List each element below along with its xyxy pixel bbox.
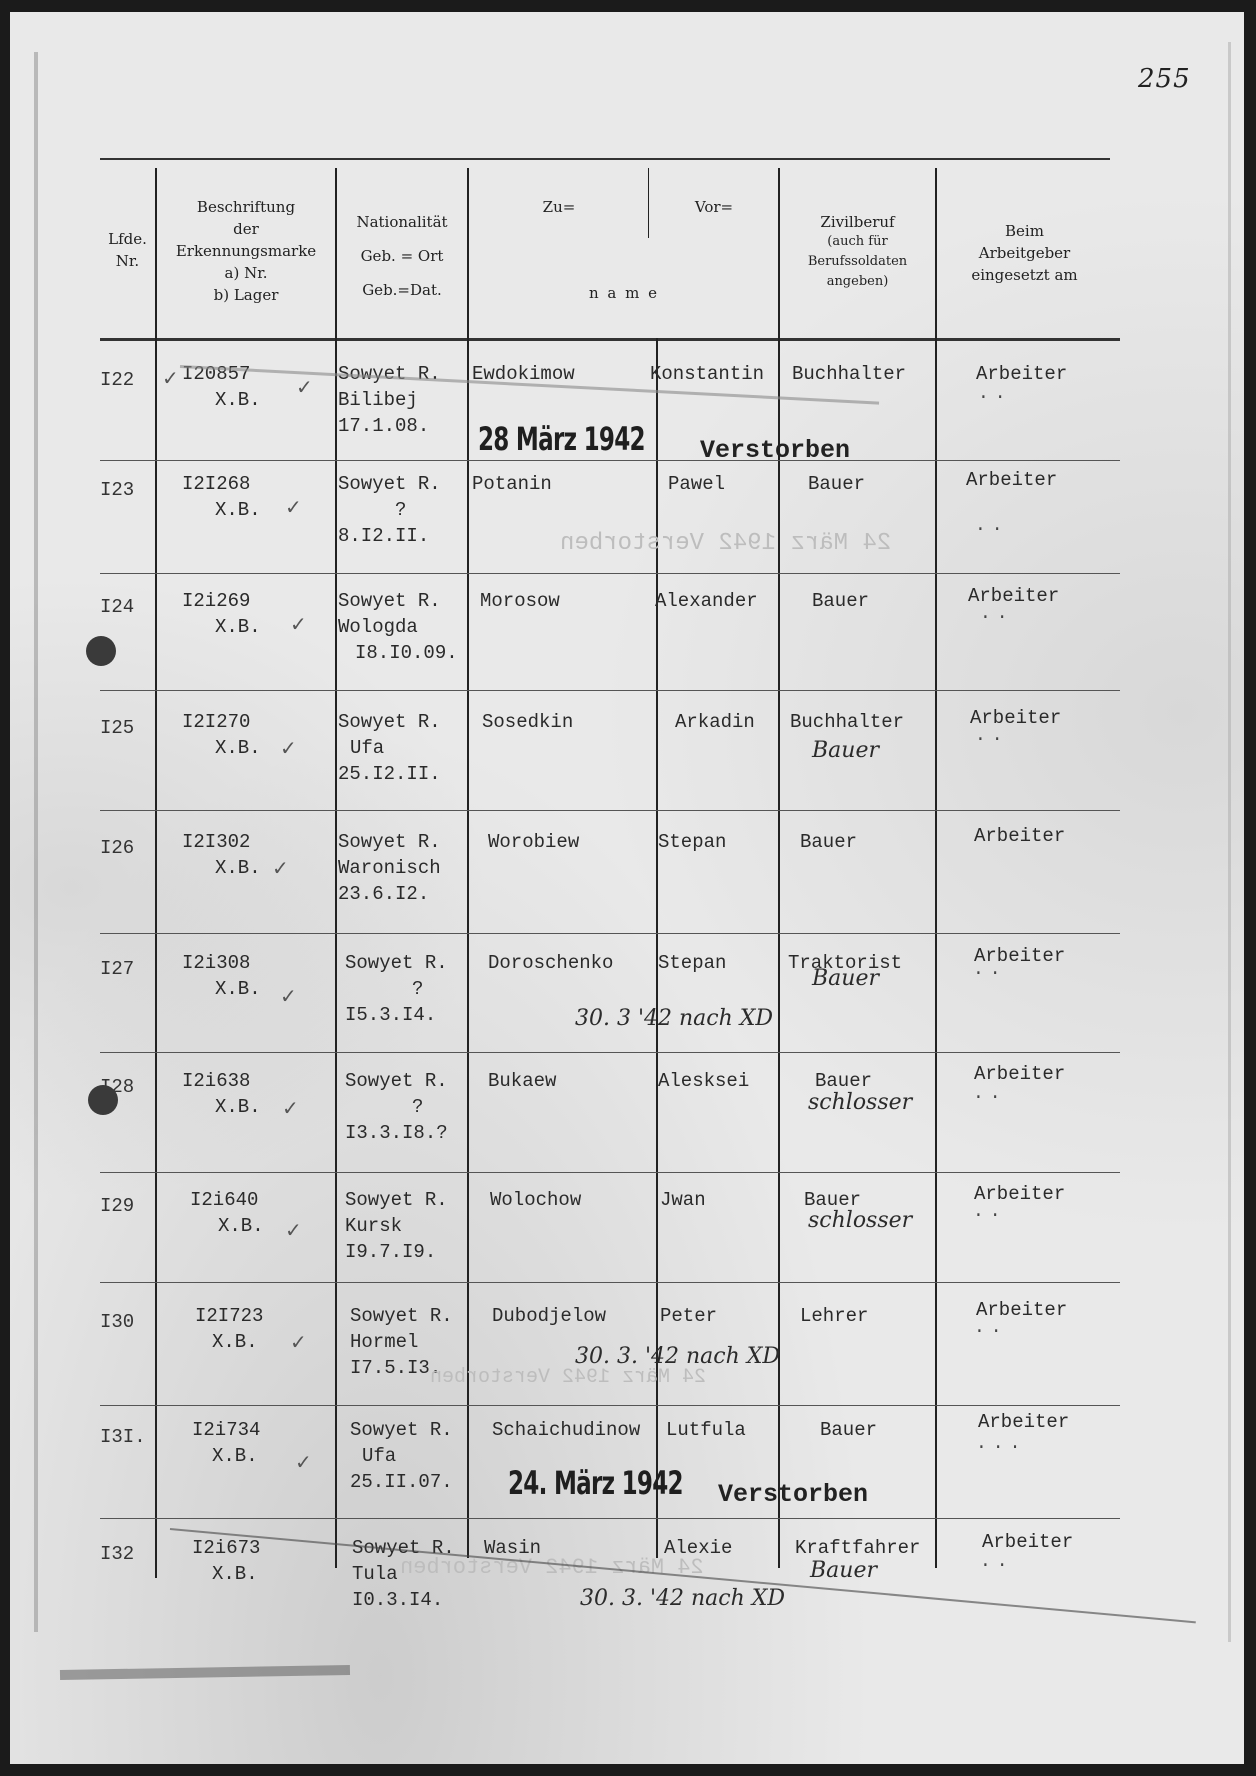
- death-stamp-date: 24. März 1942: [508, 1464, 683, 1502]
- geburtsdatum: I9.7.I9.: [345, 1240, 436, 1264]
- eingesetzt: Arbeiter: [976, 362, 1067, 386]
- eingesetzt: Arbeiter: [982, 1530, 1073, 1554]
- geburtsort: Tula: [352, 1562, 398, 1586]
- vorname: Pawel: [668, 472, 725, 496]
- row-number: I24: [100, 595, 134, 619]
- check-mark-icon: ✓: [296, 375, 313, 399]
- row-rule: [100, 810, 1120, 811]
- zivilberuf-handwritten: schlosser: [808, 1090, 912, 1115]
- eingesetzt: Arbeiter: [966, 468, 1057, 492]
- zuname: Schaichudinow: [492, 1418, 640, 1442]
- zivilberuf: Bauer: [812, 589, 869, 613]
- marke-lager: X.B.: [215, 498, 261, 522]
- header-text: Lfde.: [100, 228, 155, 250]
- marke-number: I2i638: [182, 1069, 250, 1093]
- zuname: Wolochow: [490, 1188, 581, 1212]
- geburtsort: Hormel: [350, 1330, 418, 1354]
- header-text: Berufssoldaten: [780, 252, 935, 272]
- header-erkennungsmarke: Beschriftung der Erkennungsmarke a) Nr. …: [157, 196, 335, 306]
- header-nationalitaet: Nationalität Geb. = Ort Geb.=Dat.: [337, 205, 467, 307]
- row-number: I29: [100, 1194, 134, 1218]
- zuname: Morosow: [480, 589, 560, 613]
- dot-marks: ··: [978, 388, 1012, 408]
- marke-lager: X.B.: [218, 1214, 264, 1238]
- zuname: Potanin: [472, 472, 552, 496]
- dot-marks: ··: [975, 730, 1009, 750]
- eingesetzt: Arbeiter: [978, 1410, 1069, 1434]
- header-lfd-nr: Lfde. Nr.: [100, 228, 155, 272]
- vorname: Alesksei: [658, 1069, 749, 1093]
- marke-number: I2i269: [182, 589, 250, 613]
- marke-lager: X.B.: [215, 977, 261, 1001]
- zuname: Sosedkin: [482, 710, 573, 734]
- header-text: Geb.=Dat.: [337, 273, 467, 307]
- nationalitaet: Sowyet R.: [338, 472, 441, 496]
- header-text: Beim: [937, 220, 1112, 242]
- vorname: Alexander: [655, 589, 758, 613]
- dot-marks: ··: [980, 608, 1014, 628]
- marke-number: I2I723: [195, 1304, 263, 1328]
- zuname: Worobiew: [488, 830, 579, 854]
- vorname: Stepan: [658, 951, 726, 975]
- handwritten-note: 30. 3 '42 nach XD: [575, 1006, 773, 1031]
- row-number: I22: [100, 368, 134, 392]
- row-rule: [100, 573, 1120, 574]
- zivilberuf-handwritten: Bauer: [810, 1558, 877, 1583]
- geburtsort: Wologda: [338, 615, 418, 639]
- nationalitaet: Sowyet R.: [338, 710, 441, 734]
- header-zivilberuf: Zivilberuf (auch für Berufssoldaten ange…: [780, 212, 935, 292]
- row-rule: [100, 690, 1120, 691]
- header-name: n a m e: [470, 282, 778, 304]
- dot-marks: ··: [975, 520, 1009, 540]
- row-number: I26: [100, 836, 134, 860]
- death-stamp-date: 28 März 1942: [478, 420, 645, 458]
- check-mark-icon: ✓: [285, 495, 302, 519]
- check-mark-icon: ✓: [280, 736, 297, 760]
- geburtsdatum: I5.3.I4.: [345, 1003, 436, 1027]
- geburtsdatum: 8.I2.II.: [338, 524, 429, 548]
- zuname: Dubodjelow: [492, 1304, 606, 1328]
- geburtsort: ?: [412, 977, 423, 1001]
- nationalitaet: Sowyet R.: [345, 951, 448, 975]
- marke-number: I2I302: [182, 830, 250, 854]
- header-zuname: Zu=: [470, 196, 648, 218]
- header-text: Nationalität: [337, 205, 467, 239]
- row-number: I27: [100, 957, 134, 981]
- dot-marks: ···: [976, 1438, 1026, 1458]
- nationalitaet: Sowyet R.: [338, 830, 441, 854]
- marke-number: I2i734: [192, 1418, 260, 1442]
- check-mark-icon: ✓: [295, 1450, 312, 1474]
- dot-marks: ··: [973, 964, 1007, 984]
- death-stamp-label: Verstorben: [700, 436, 850, 465]
- header-text: Nr.: [100, 250, 155, 272]
- bleed-through-stamp: 24 März 1942 Verstorben: [400, 1555, 704, 1580]
- geburtsort: Ufa: [350, 736, 384, 760]
- header-bottom-rule: [100, 338, 1120, 341]
- dot-marks: ··: [973, 1088, 1007, 1108]
- zivilberuf-handwritten: schlosser: [808, 1208, 912, 1233]
- geburtsdatum: I0.3.I4.: [352, 1588, 443, 1612]
- eingesetzt: Arbeiter: [974, 824, 1065, 848]
- marke-lager: X.B.: [212, 1330, 258, 1354]
- geburtsort: Ufa: [362, 1444, 396, 1468]
- vorname: Arkadin: [675, 710, 755, 734]
- header-text: Geb. = Ort: [337, 239, 467, 273]
- header-text: eingesetzt am: [937, 264, 1112, 286]
- geburtsort: ?: [412, 1095, 423, 1119]
- geburtsdatum: I7.5.I3.: [350, 1356, 441, 1380]
- nationalitaet: Sowyet R.: [345, 1188, 448, 1212]
- header-text: Erkennungsmarke: [157, 240, 335, 262]
- nationalitaet: Sowyet R.: [338, 589, 441, 613]
- vorname: Konstantin: [650, 362, 764, 386]
- bleed-through-stamp: 24 März 1942 Verstorben: [560, 530, 891, 557]
- marke-lager: X.B.: [215, 856, 261, 880]
- header-text: Beschriftung: [157, 196, 335, 218]
- zivilberuf: Bauer: [800, 830, 857, 854]
- nationalitaet: Sowyet R.: [350, 1418, 453, 1442]
- vorname: Jwan: [660, 1188, 706, 1212]
- death-stamp-label: Verstorben: [718, 1480, 868, 1509]
- col-divider-1: [155, 168, 157, 1578]
- geburtsdatum: 25.I2.II.: [338, 762, 441, 786]
- page-edge-left: [34, 52, 38, 1632]
- row-rule: [100, 1172, 1120, 1173]
- check-mark-icon: ✓: [280, 984, 297, 1008]
- marke-number: I2i308: [182, 951, 250, 975]
- geburtsort: ?: [395, 498, 406, 522]
- geburtsdatum: 23.6.I2.: [338, 882, 429, 906]
- col-divider-2: [335, 168, 337, 1568]
- zuname: Doroschenko: [488, 951, 613, 975]
- row-rule: [100, 1282, 1120, 1283]
- zivilberuf-handwritten: Bauer: [812, 738, 879, 763]
- check-mark-icon: ✓: [282, 1096, 299, 1120]
- col-divider-name-split: [648, 168, 649, 238]
- punch-hole: [86, 636, 116, 666]
- row-rule: [100, 933, 1120, 934]
- geburtsdatum: 17.1.08.: [338, 414, 429, 438]
- header-text: Zivilberuf: [780, 212, 935, 232]
- row-rule: [100, 1052, 1120, 1053]
- marke-lager: X.B.: [212, 1444, 258, 1468]
- marke-lager: X.B.: [212, 1562, 258, 1586]
- header-arbeitgeber: Beim Arbeitgeber eingesetzt am: [937, 220, 1112, 286]
- table-top-rule: [100, 158, 1110, 160]
- vorname: Stepan: [658, 830, 726, 854]
- check-mark-icon: ✓: [290, 1330, 307, 1354]
- row-rule: [100, 1405, 1120, 1406]
- check-mark-icon: ✓: [285, 1218, 302, 1242]
- vorname: Peter: [660, 1304, 717, 1328]
- marke-lager: X.B.: [215, 388, 261, 412]
- zivilberuf: Kraftfahrer: [795, 1536, 920, 1560]
- header-text: Arbeitgeber: [937, 242, 1112, 264]
- zivilberuf: Lehrer: [800, 1304, 868, 1328]
- header-text: der: [157, 218, 335, 240]
- marke-lager: X.B.: [215, 1095, 261, 1119]
- dot-marks: ··: [973, 1206, 1007, 1226]
- bleed-through-stamp: 24 März 1942 Verstorben: [430, 1366, 706, 1389]
- marke-number: I2I268: [182, 472, 250, 496]
- header-text: a) Nr.: [157, 262, 335, 284]
- header-text: (auch für: [780, 232, 935, 252]
- zivilberuf-handwritten: Bauer: [812, 966, 879, 991]
- dot-marks: ··: [980, 1556, 1014, 1576]
- zivilberuf: Buchhalter: [792, 362, 906, 386]
- handwritten-note: 30. 3. '42 nach XD: [580, 1586, 785, 1611]
- header-text: angeben): [780, 272, 935, 292]
- marke-number: I2I270: [182, 710, 250, 734]
- marke-number: I2i640: [190, 1188, 258, 1212]
- nationalitaet: Sowyet R.: [345, 1069, 448, 1093]
- zivilberuf: Bauer: [808, 472, 865, 496]
- check-mark-icon: ✓: [162, 366, 179, 390]
- eingesetzt: Arbeiter: [974, 1062, 1065, 1086]
- col-divider-3: [467, 168, 469, 1558]
- row-number: I30: [100, 1310, 134, 1334]
- dot-marks: ··: [974, 1322, 1008, 1342]
- punch-hole: [88, 1085, 118, 1115]
- col-divider-6: [935, 168, 937, 1568]
- zuname: Bukaew: [488, 1069, 556, 1093]
- eingesetzt: Arbeiter: [970, 706, 1061, 730]
- page-number: 255: [1138, 64, 1191, 94]
- check-mark-icon: ✓: [290, 612, 307, 636]
- marke-lager: X.B.: [215, 615, 261, 639]
- marke-lager: X.B.: [215, 736, 261, 760]
- nationalitaet: Sowyet R.: [350, 1304, 453, 1328]
- eingesetzt: Arbeiter: [968, 584, 1059, 608]
- vorname: Lutfula: [666, 1418, 746, 1442]
- geburtsdatum: 25.II.07.: [350, 1470, 453, 1494]
- zivilberuf: Bauer: [820, 1418, 877, 1442]
- row-number: I25: [100, 716, 134, 740]
- row-rule: [100, 1518, 1120, 1519]
- row-number: I32: [100, 1542, 134, 1566]
- eingesetzt: Arbeiter: [976, 1298, 1067, 1322]
- geburtsort: Waronisch: [338, 856, 441, 880]
- geburtsort: Kursk: [345, 1214, 402, 1238]
- header-text: b) Lager: [157, 284, 335, 306]
- marke-number: I2i673: [192, 1536, 260, 1560]
- row-rule: [100, 460, 1120, 461]
- eingesetzt: Arbeiter: [974, 1182, 1065, 1206]
- row-number: I23: [100, 478, 134, 502]
- geburtsort: Bilibej: [338, 388, 418, 412]
- zivilberuf: Buchhalter: [790, 710, 904, 734]
- row-number: I3I.: [100, 1425, 146, 1449]
- geburtsdatum: I8.I0.09.: [355, 641, 458, 665]
- page-edge-right: [1228, 42, 1231, 1642]
- header-vorname: Vor=: [650, 196, 778, 218]
- geburtsdatum: I3.3.I8.?: [345, 1121, 448, 1145]
- check-mark-icon: ✓: [272, 856, 289, 880]
